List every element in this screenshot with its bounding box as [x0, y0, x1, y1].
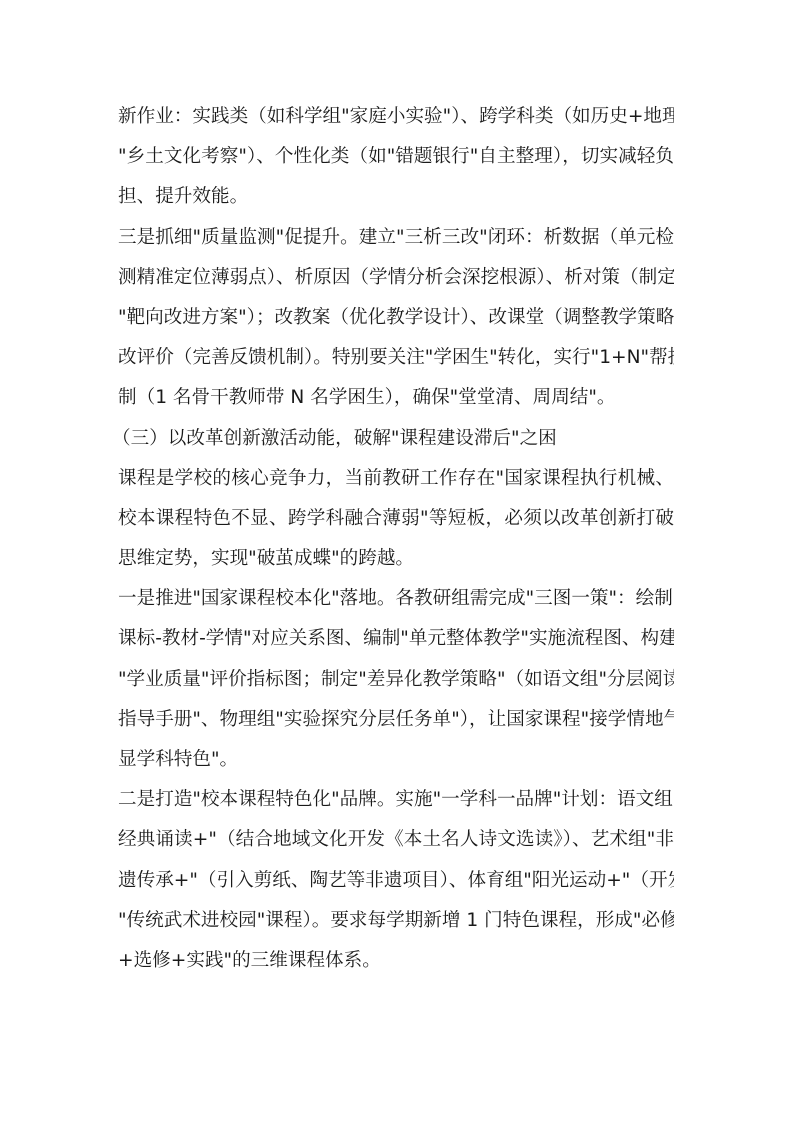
text-line: "学业质量"评价指标图；制定"差异化教学策略"（如语文组"分层阅读	[118, 660, 674, 700]
paragraph-national-curriculum: 一是推进"国家课程校本化"落地。各教研组需完成"三图一策"：绘制" 课标-教材-…	[118, 579, 674, 780]
text-line: 三是抓细"质量监测"促提升。建立"三析三改"闭环：析数据（单元检	[118, 218, 674, 258]
document-page: 新作业：实践类（如科学组"家庭小实验"）、跨学科类（如历史+地理 "乡土文化考察…	[118, 97, 674, 981]
text-line: 课标-教材-学情"对应关系图、编制"单元整体教学"实施流程图、构建	[118, 619, 674, 659]
text-line: 测精准定位薄弱点）、析原因（学情分析会深挖根源）、析对策（制定	[118, 258, 674, 298]
paragraph-school-curriculum: 二是打造"校本课程特色化"品牌。实施"一学科一品牌"计划：语文组" 经典诵读+"…	[118, 780, 674, 981]
text-line: 课程是学校的核心竞争力，当前教研工作存在"国家课程执行机械、	[118, 459, 674, 499]
text-line: "传统武术进校园"课程）。要求每学期新增 1 门特色课程，形成"必修	[118, 901, 674, 941]
text-line: 二是打造"校本课程特色化"品牌。实施"一学科一品牌"计划：语文组"	[118, 780, 674, 820]
text-line: 遗传承+"（引入剪纸、陶艺等非遗项目）、体育组"阳光运动+"（开发	[118, 861, 674, 901]
text-line: 担、提升效能。	[118, 177, 674, 217]
text-line: +选修+实践"的三维课程体系。	[118, 941, 674, 981]
text-line: 制（1 名骨干教师带 N 名学困生），确保"堂堂清、周周结"。	[118, 378, 674, 418]
text-line: 经典诵读+"（结合地域文化开发《本土名人诗文选读》）、艺术组"非	[118, 820, 674, 860]
text-line: 校本课程特色不显、跨学科融合薄弱"等短板，必须以改革创新打破	[118, 499, 674, 539]
text-line: 指导手册"、物理组"实验探究分层任务单"），让国家课程"接学情地气、	[118, 700, 674, 740]
text-line: 显学科特色"。	[118, 740, 674, 780]
text-line: "靶向改进方案"）；改教案（优化教学设计）、改课堂（调整教学策略）、	[118, 298, 674, 338]
text-line: 新作业：实践类（如科学组"家庭小实验"）、跨学科类（如历史+地理	[118, 97, 674, 137]
paragraph-homework-types: 新作业：实践类（如科学组"家庭小实验"）、跨学科类（如历史+地理 "乡土文化考察…	[118, 97, 674, 218]
section-heading: （三）以改革创新激活动能，破解"课程建设滞后"之困	[118, 419, 674, 459]
paragraph-curriculum-intro: 课程是学校的核心竞争力，当前教研工作存在"国家课程执行机械、 校本课程特色不显、…	[118, 459, 674, 580]
paragraph-quality-monitoring: 三是抓细"质量监测"促提升。建立"三析三改"闭环：析数据（单元检 测精准定位薄弱…	[118, 218, 674, 419]
text-line: 改评价（完善反馈机制）。特别要关注"学困生"转化，实行"1+N"帮扶	[118, 338, 674, 378]
heading-line: （三）以改革创新激活动能，破解"课程建设滞后"之困	[118, 419, 674, 459]
text-line: 一是推进"国家课程校本化"落地。各教研组需完成"三图一策"：绘制"	[118, 579, 674, 619]
text-line: 思维定势，实现"破茧成蝶"的跨越。	[118, 539, 674, 579]
text-line: "乡土文化考察"）、个性化类（如"错题银行"自主整理），切实减轻负	[118, 137, 674, 177]
